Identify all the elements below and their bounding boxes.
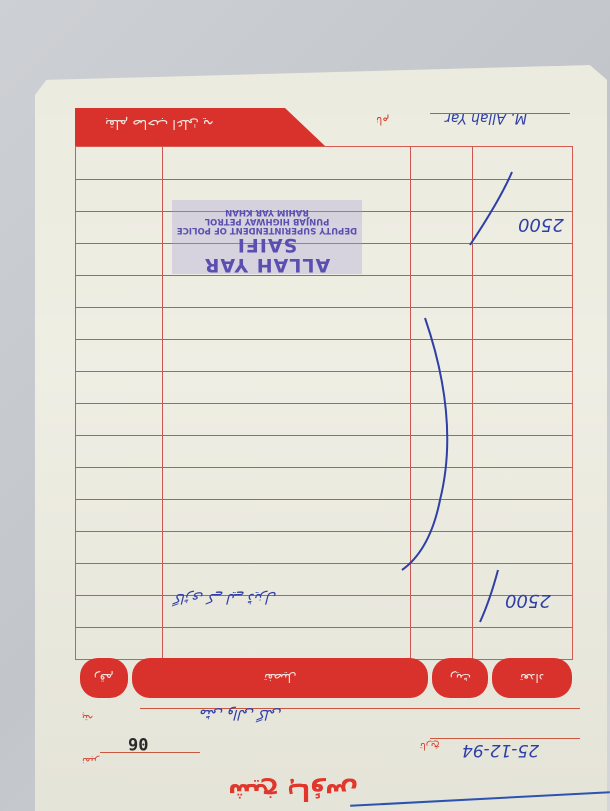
footer-label-amount: رقم xyxy=(80,658,128,698)
shop-title: شیخ ہاؤس xyxy=(228,778,358,806)
footer-label-qty: تعداد xyxy=(492,658,572,698)
footer-label-rate: ریٹ xyxy=(432,658,488,698)
date-handwritten: 25-12-94 xyxy=(462,740,539,760)
footer-banner: رقم تفصیل ریٹ تعداد xyxy=(80,658,572,698)
date-label: تاریخ xyxy=(420,740,440,751)
date-line xyxy=(430,738,580,739)
address-handwritten: مٹی والی گلی xyxy=(200,706,400,722)
serial-number: 06 xyxy=(128,733,148,753)
footer-label-description: تفصیل xyxy=(132,658,428,698)
serial-line xyxy=(100,752,200,753)
serial-label: نمبر xyxy=(82,755,99,766)
address-label: پتہ xyxy=(82,712,94,723)
